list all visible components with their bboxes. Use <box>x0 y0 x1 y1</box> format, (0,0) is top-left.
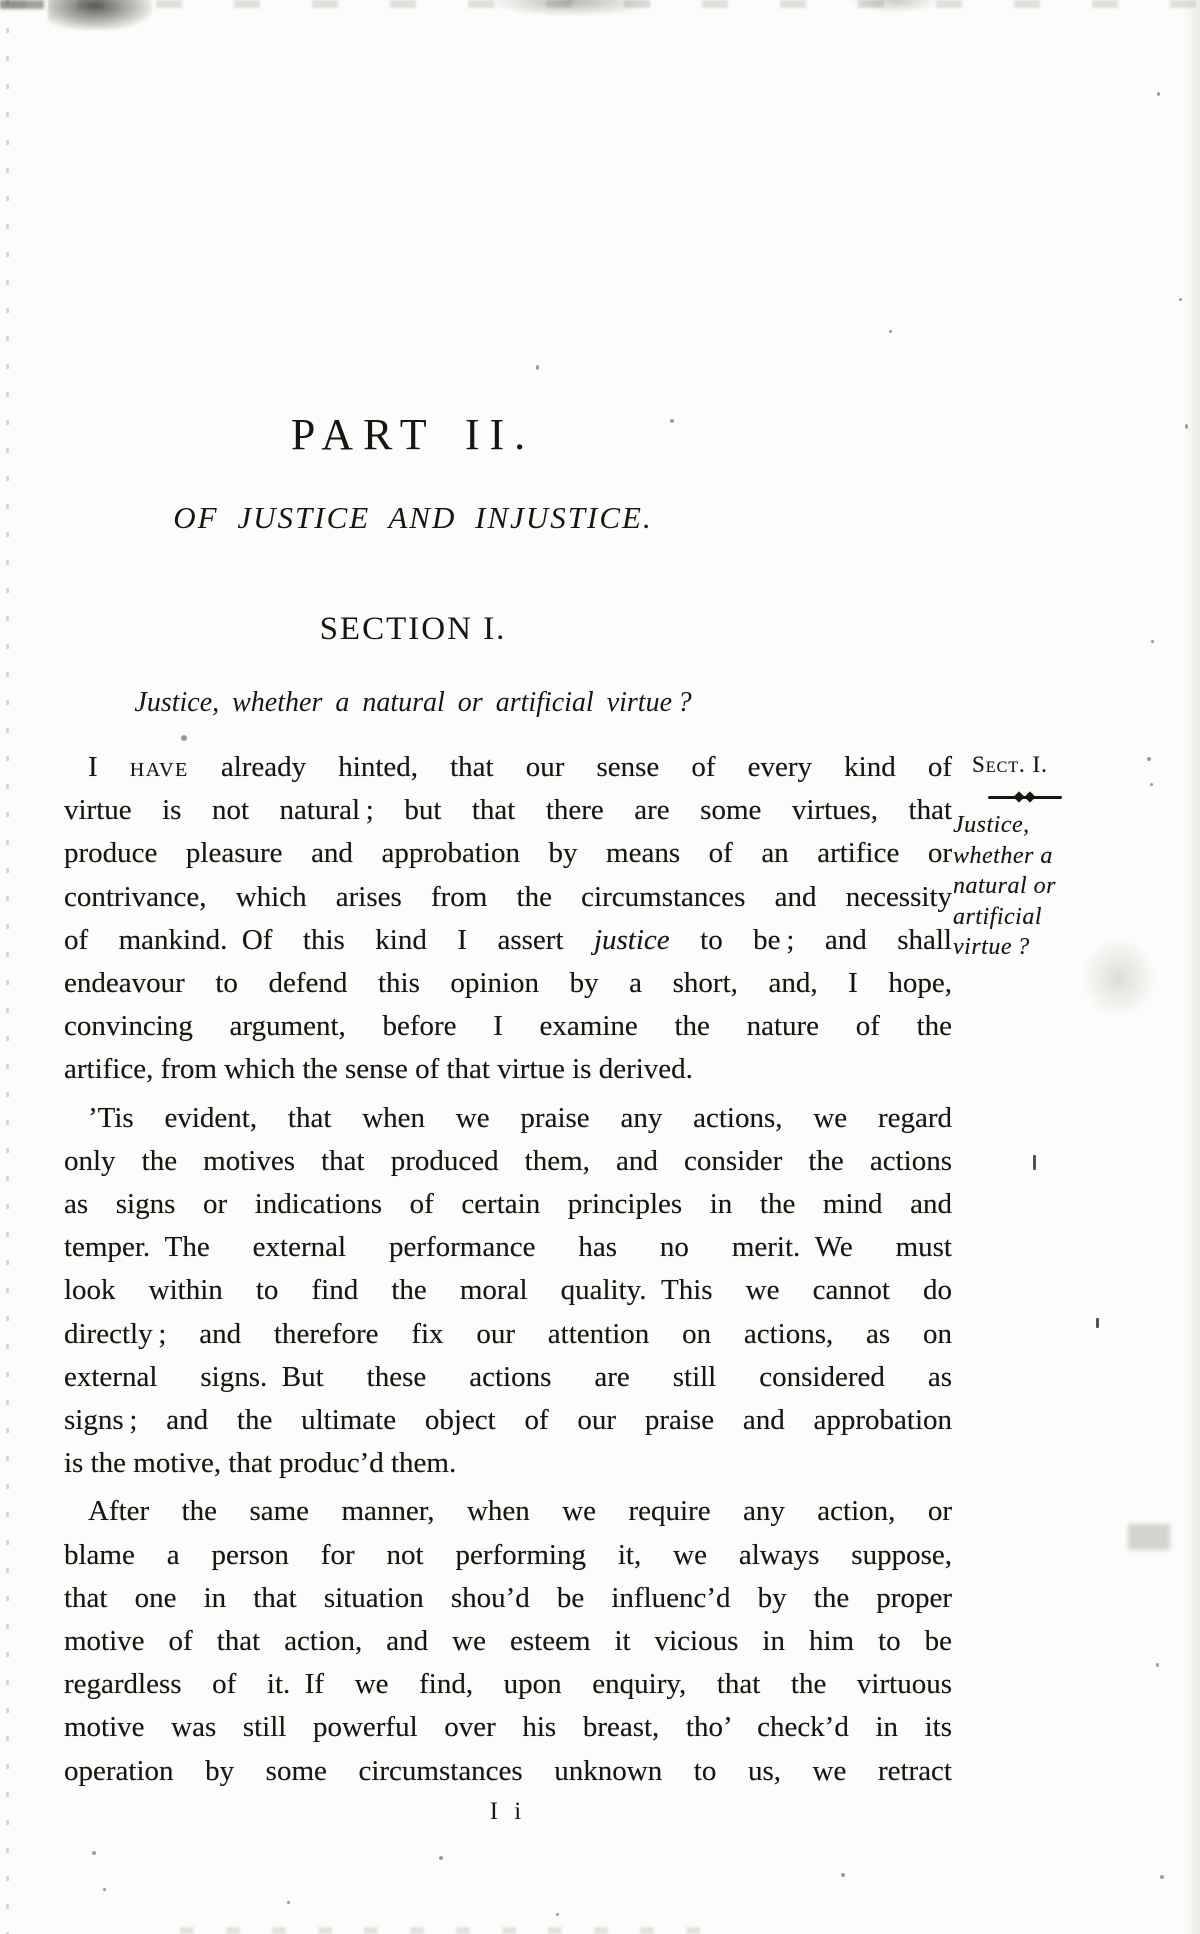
text-segment: look within to find the moral quality. T… <box>64 1274 952 1306</box>
text-segment: blame a person for not performing it, we… <box>64 1539 952 1571</box>
text-line: directly ; and therefore fix our attenti… <box>64 1313 952 1356</box>
scan-speck <box>439 1856 443 1860</box>
scan-speck <box>1156 1663 1159 1667</box>
section-subtitle: Justice, whether a natural or artificial… <box>63 688 763 717</box>
text-segment: convincing argument, before I examine th… <box>64 1010 952 1042</box>
scanned-book-page: PART II. OF JUSTICE AND INJUSTICE. SECTI… <box>0 0 1200 1934</box>
text-segment: already hinted, that our sense of every … <box>189 751 952 783</box>
text-segment: operation by some circumstances unknown … <box>64 1755 952 1787</box>
scan-speck <box>889 330 892 333</box>
text-line: produce pleasure and approbation by mean… <box>64 832 952 875</box>
scan-speck <box>1157 92 1160 96</box>
text-segment: regardless of it. If we find, upon enqui… <box>64 1668 952 1700</box>
text-segment: motive of that action, and we esteem it … <box>64 1625 952 1657</box>
text-line: look within to find the moral quality. T… <box>64 1269 952 1312</box>
margin-note-line: whether a <box>953 841 1158 872</box>
scan-ink-tick <box>1096 1318 1099 1328</box>
text-segment: external signs. But these actions are st… <box>64 1361 952 1393</box>
text-line: is the motive, that produc’d them. <box>64 1442 952 1485</box>
text-line: of mankind. Of this kind I assert justic… <box>64 919 952 962</box>
section-heading: SECTION I. <box>63 612 763 647</box>
text-segment: artifice, from which the sense of that v… <box>64 1053 693 1085</box>
text-line: external signs. But these actions are st… <box>64 1356 952 1399</box>
page-left-edge-line <box>6 0 9 1934</box>
scan-speck <box>1151 640 1154 643</box>
scan-speck <box>92 1851 96 1855</box>
scan-speck <box>1179 298 1182 301</box>
part-heading: PART II. <box>63 412 763 458</box>
scan-speck <box>181 735 187 741</box>
text-line: temper. The external performance has no … <box>64 1226 952 1269</box>
text-segment: motive was still powerful over his breas… <box>64 1711 952 1743</box>
text-line: motive was still powerful over his breas… <box>64 1706 952 1749</box>
scan-bottom-noise-band <box>180 1927 700 1934</box>
paragraph: I have already hinted, that our sense of… <box>64 746 952 1092</box>
margin-note-line: natural or <box>953 871 1158 902</box>
scan-speck <box>536 365 539 370</box>
text-line: signs ; and the ultimate object of our p… <box>64 1399 952 1442</box>
scan-smudge <box>48 0 152 30</box>
text-segment: produce pleasure and approbation by mean… <box>64 837 952 869</box>
ornament-diamond <box>1013 791 1024 802</box>
text-segment: virtue is not natural ; but that there a… <box>64 794 952 826</box>
scan-speck <box>556 1913 559 1916</box>
text-segment: I <box>88 751 130 783</box>
small-caps-text: have <box>130 751 189 783</box>
scan-ink-tick <box>1033 1155 1036 1170</box>
scan-top-noise-band <box>0 0 1200 8</box>
margin-section-label: Sect. I. <box>953 750 1158 780</box>
scan-speck <box>1185 424 1188 429</box>
text-line: blame a person for not performing it, we… <box>64 1534 952 1577</box>
margin-note-line: Justice, <box>953 810 1158 841</box>
text-line: motive of that action, and we esteem it … <box>64 1620 952 1663</box>
scan-speck <box>287 1901 290 1904</box>
text-segment: contrivance, which arises from the circu… <box>64 881 952 913</box>
page-right-edge-shadow <box>1184 0 1200 1934</box>
text-line: only the motives that produced them, and… <box>64 1140 952 1183</box>
scan-smudge <box>852 0 938 12</box>
scan-speck <box>103 1888 106 1891</box>
text-line: that one in that situation shou’d be inf… <box>64 1577 952 1620</box>
text-line: endeavour to defend this opinion by a sh… <box>64 962 952 1005</box>
margin-ornament-rule <box>988 792 1062 802</box>
text-segment: ’Tis evident, that when we praise any ac… <box>88 1102 952 1134</box>
text-line: I have already hinted, that our sense of… <box>64 746 952 789</box>
ornament-diamond <box>1024 791 1035 802</box>
margin-note-line: virtue ? <box>953 932 1158 963</box>
text-segment: as signs or indications of certain princ… <box>64 1188 952 1220</box>
italic-text: justice <box>594 924 670 956</box>
signature-mark: I i <box>64 1798 952 1826</box>
margin-note-line: artificial <box>953 902 1158 933</box>
text-segment: endeavour to defend this opinion by a sh… <box>64 967 952 999</box>
text-line: After the same manner, when we require a… <box>64 1490 952 1533</box>
text-line: convincing argument, before I examine th… <box>64 1005 952 1048</box>
text-segment: directly ; and therefore fix our attenti… <box>64 1318 952 1350</box>
text-segment: of mankind. Of this kind I assert <box>64 924 594 956</box>
text-segment: to be ; and shall <box>670 924 952 956</box>
paragraph: ’Tis evident, that when we praise any ac… <box>64 1097 952 1486</box>
text-line: ’Tis evident, that when we praise any ac… <box>64 1097 952 1140</box>
part-subtitle: OF JUSTICE AND INJUSTICE. <box>63 502 763 535</box>
text-segment: temper. The external performance has no … <box>64 1231 952 1263</box>
paragraph: After the same manner, when we require a… <box>64 1490 952 1792</box>
scan-speck <box>841 1873 845 1877</box>
text-line: contrivance, which arises from the circu… <box>64 876 952 919</box>
text-segment: only the motives that produced them, and… <box>64 1145 952 1177</box>
text-segment: signs ; and the ultimate object of our p… <box>64 1404 952 1436</box>
text-segment: that one in that situation shou’d be inf… <box>64 1582 952 1614</box>
text-segment: After the same manner, when we require a… <box>88 1495 952 1527</box>
margin-note-text: Justice,whether anatural orartificialvir… <box>953 810 1158 963</box>
scan-corner-streak <box>0 0 44 9</box>
text-line: operation by some circumstances unknown … <box>64 1750 952 1793</box>
body-text: I have already hinted, that our sense of… <box>64 746 952 1793</box>
scan-gray-patch <box>1128 1524 1170 1550</box>
text-line: artifice, from which the sense of that v… <box>64 1048 952 1091</box>
margin-notes: Sect. I. Justice,whether anatural orarti… <box>953 750 1158 963</box>
text-segment: is the motive, that produc’d them. <box>64 1447 456 1479</box>
text-line: virtue is not natural ; but that there a… <box>64 789 952 832</box>
text-line: as signs or indications of certain princ… <box>64 1183 952 1226</box>
scan-smudge <box>492 0 652 16</box>
text-line: regardless of it. If we find, upon enqui… <box>64 1663 952 1706</box>
scan-speck <box>1160 1875 1164 1879</box>
